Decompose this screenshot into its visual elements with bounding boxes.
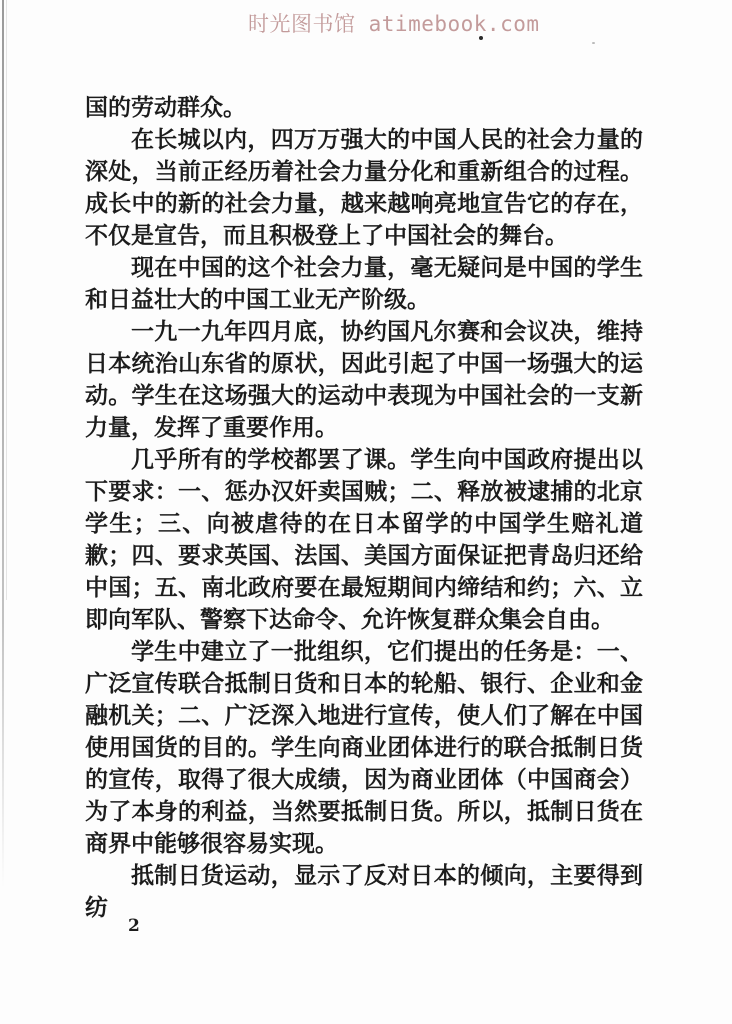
paragraph: 一九一九年四月底，协约国凡尔赛和会议决，维持日本统治山东省的原状，因此引起了中国…: [85, 316, 643, 444]
paragraph: 现在中国的这个社会力量，毫无疑问是中国的学生和日益壮大的中国工业无产阶级。: [85, 252, 643, 316]
library-watermark: 时光图书馆 atimebook.com: [248, 8, 540, 38]
scan-edge-artifact: [2, 0, 4, 888]
paragraph-continuation: 国的劳动群众。: [85, 92, 643, 124]
page-number: 2: [128, 916, 140, 936]
paragraph: 几乎所有的学校都罢了课。学生向中国政府提出以下要求：一、惩办汉奸卖国贼；二、释放…: [85, 444, 643, 636]
paragraph-last-partial: 抵制日货运动，显示了反对日本的倾向，主要得到纺: [85, 860, 643, 924]
scanned-book-page: 时光图书馆 atimebook.com 国的劳动群众。 在长城以内，四万万强大的…: [0, 0, 732, 1024]
body-text: 国的劳动群众。 在长城以内，四万万强大的中国人民的社会力量的深处，当前正经历着社…: [85, 92, 643, 924]
scan-speck: [592, 42, 595, 44]
paragraph: 学生中建立了一批组织，它们提出的任务是：一、广泛宣传联合抵制日货和日本的轮船、银…: [85, 636, 643, 860]
scan-edge-artifact-secondary: [6, 0, 7, 600]
paragraph: 在长城以内，四万万强大的中国人民的社会力量的深处，当前正经历着社会力量分化和重新…: [85, 124, 643, 252]
scan-speck: [479, 36, 483, 40]
